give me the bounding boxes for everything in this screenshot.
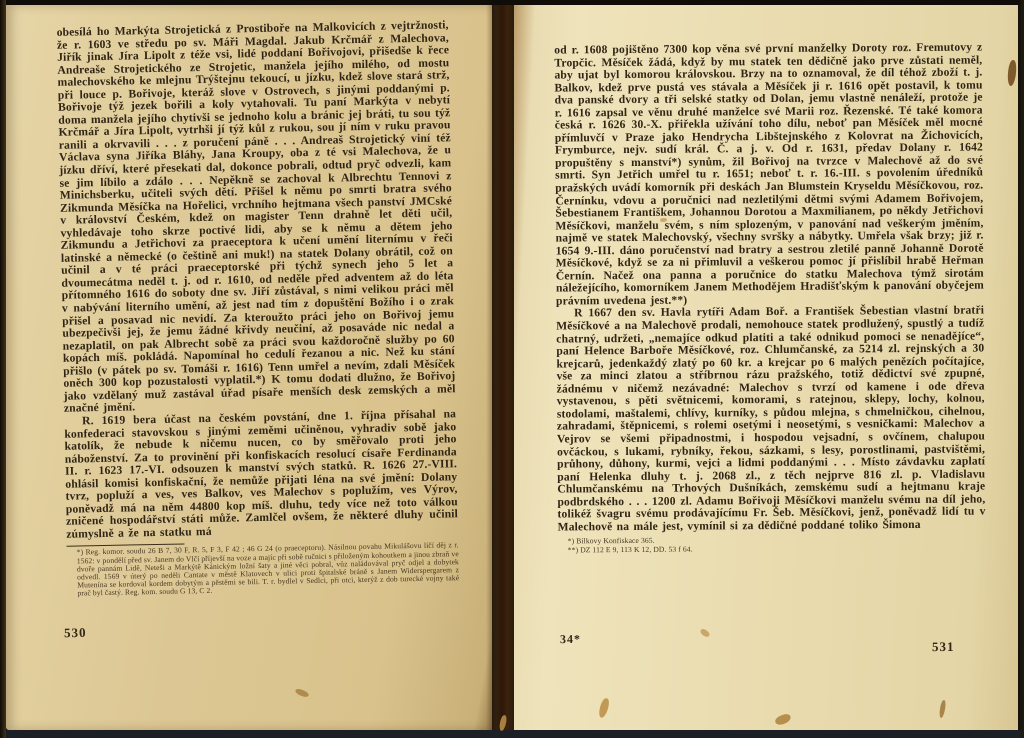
left-paragraph-2: R. 1619 bera účast na českém povstání, d… [64, 408, 458, 541]
page-left: obesílá ho Markýta Strojetická z Prostib… [6, 5, 492, 730]
page-right: od r. 1608 pojištěno 7300 kop věna své p… [514, 5, 1018, 730]
signature-mark: 34* [560, 632, 581, 647]
left-footnote-block: *) Reg. komor. soudu 26 B 7, 30 F, R. 5,… [67, 539, 460, 599]
scan-edge-right [1018, 0, 1024, 738]
page-number-530: 530 [64, 625, 87, 641]
right-paragraph-1: od r. 1608 pojištěno 7300 kop věna své p… [554, 42, 984, 308]
scan-edge-bottom [0, 730, 1024, 738]
book-scan: obesílá ho Markýta Strojetická z Prostib… [0, 0, 1024, 738]
left-paragraph-1: obesílá ho Markýta Strojetická z Prostib… [57, 19, 456, 415]
scan-edge-top [0, 0, 1024, 5]
right-footnote-block: *) Bílkovy Konfiskace 365. **) DZ 112 E … [558, 535, 986, 554]
page-left-body: obesílá ho Markýta Strojetická z Prostib… [57, 19, 460, 598]
page-number-531: 531 [932, 639, 955, 655]
page-right-body: od r. 1608 pojištěno 7300 kop věna své p… [554, 42, 986, 555]
left-footnote: *) Reg. komor. soudu 26 B 7, 30 F, R. 5,… [77, 542, 460, 599]
scan-edge-left [0, 0, 6, 738]
right-paragraph-2: R 1667 den sv. Havla rytíři Adam Boř. a … [556, 305, 986, 534]
right-footnote-2: **) DZ 112 E 9, 113 K 12, DD. 53 f 64. [568, 543, 986, 554]
